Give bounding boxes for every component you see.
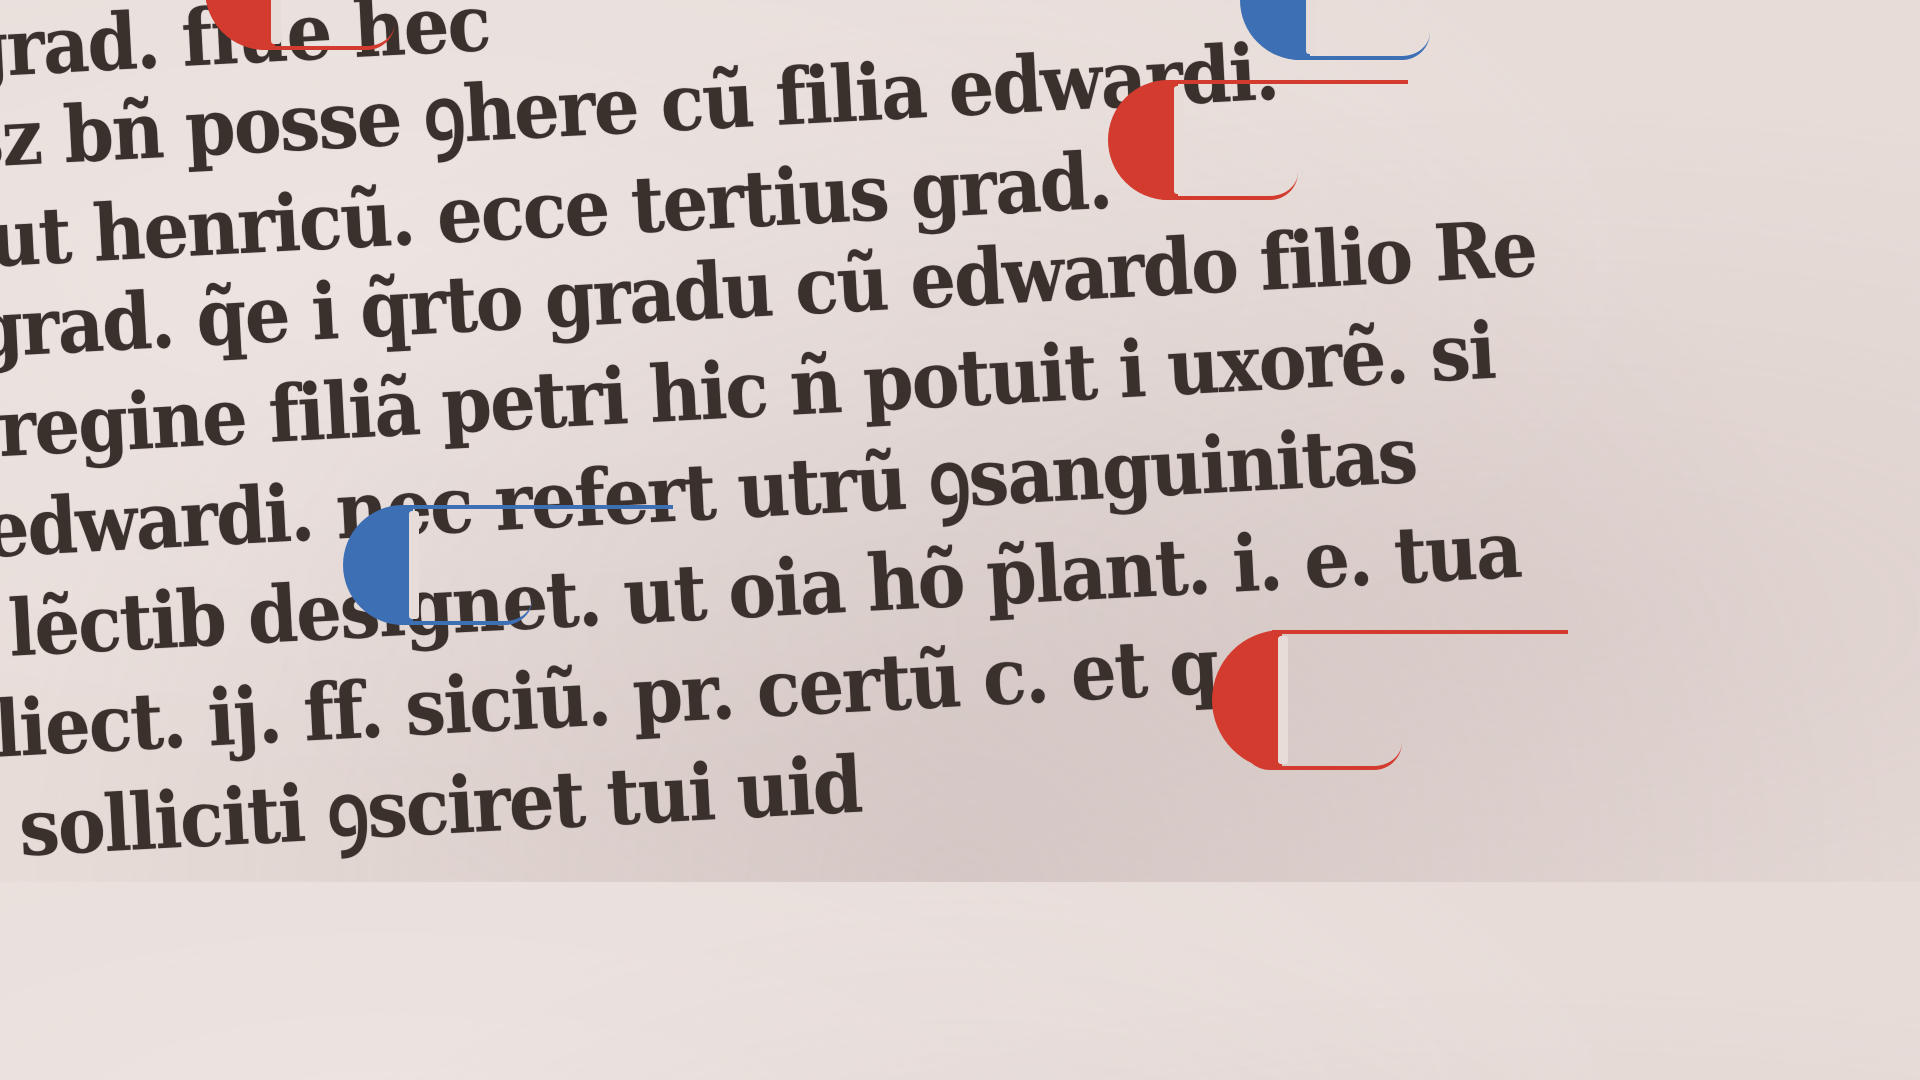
red-initial <box>1108 80 1258 200</box>
blue-initial <box>343 505 493 625</box>
red-initial <box>1212 630 1362 770</box>
